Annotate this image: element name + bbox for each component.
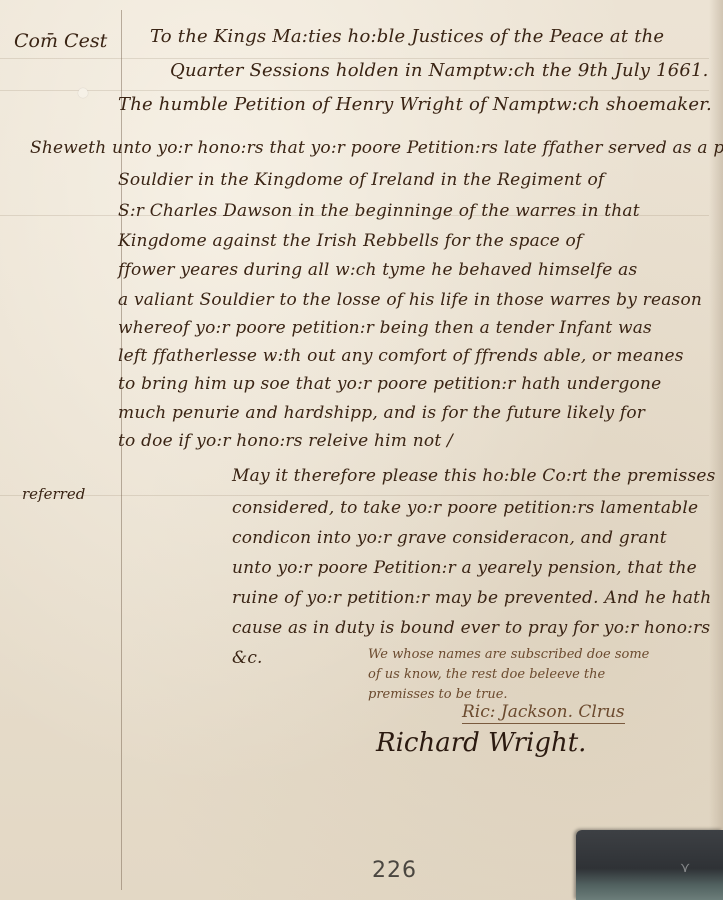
body-line: a valiant Souldier to the losse of his l… [118,292,702,309]
prayer-line: &c. [232,650,263,667]
body-line: much penurie and hardshipp, and is for t… [118,405,645,422]
signature-petitioner: Richard Wright. [376,730,586,756]
ruled-line [0,58,709,59]
body-line: whereof yo:r poore petition:r being then… [118,320,652,337]
prayer-line: considered, to take yo:r poore petition:… [232,500,698,517]
prayer-line: cause as in duty is bound ever to pray f… [232,620,710,637]
attestation-line: premisses to be true. [368,688,508,701]
margin-note-referred: referred [22,485,85,503]
prayer-line: ruine of yo:r petition:r may be prevente… [232,590,711,607]
body-line: Souldier in the Kingdome of Ireland in t… [118,172,604,189]
prayer-line: condicon into yo:r grave consideracon, a… [232,530,667,547]
binding-hole [78,88,88,98]
petition-title: The humble Petition of Henry Wright of N… [118,96,712,114]
body-line: ffower yeares during all w:ch tyme he be… [118,262,637,279]
prayer-line: unto yo:r poore Petition:r a yearely pen… [232,560,697,577]
body-line: to doe if yo:r hono:rs releive him not / [118,433,453,450]
clip-scratch-mark: ⋎ [680,860,690,876]
folio-number: 226 [372,858,417,883]
ruled-line [0,90,709,91]
address-line-2: Quarter Sessions holden in Namptw:ch the… [170,62,709,80]
address-line-1: To the Kings Ma:ties ho:ble Justices of … [150,28,664,46]
body-line: Kingdome against the Irish Rebbells for … [118,233,582,250]
body-line: Sheweth unto yo:r hono:rs that yo:r poor… [30,140,723,157]
manuscript-page: Com̄ Cest referred To the Kings Ma:ties … [0,0,723,900]
attestation-line: We whose names are subscribed doe some [368,648,649,661]
page-edge-shadow [709,0,723,900]
body-line: to bring him up soe that yo:r poore peti… [118,376,661,393]
prayer-line: May it therefore please this ho:ble Co:r… [232,468,716,485]
body-line: left ffatherlesse w:th out any comfort o… [118,348,684,365]
ruled-line [0,495,709,496]
margin-note-county: Com̄ Cest [14,30,107,52]
attestation-line: of us know, the rest doe beleeve the [368,668,605,681]
binding-clip [576,830,723,900]
body-line: S:r Charles Dawson in the beginninge of … [118,203,640,220]
signature-clerk: Ric: Jackson. Clrus [462,704,625,724]
